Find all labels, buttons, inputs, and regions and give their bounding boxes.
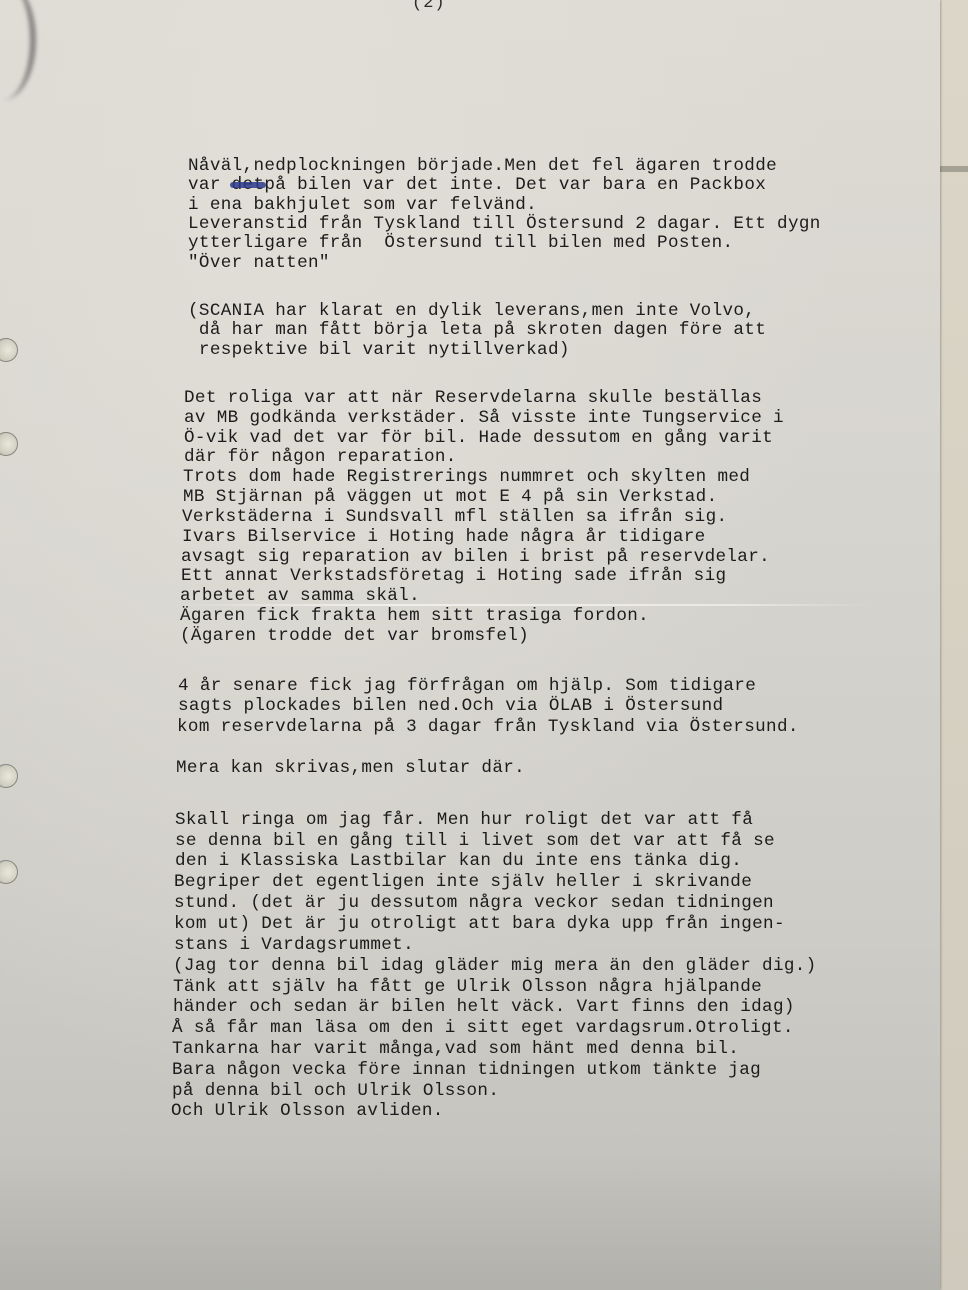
- page-shadow: [0, 1150, 940, 1290]
- text-line: stans i Vardagsrummet.: [174, 935, 414, 955]
- text-line: sagts plockades bilen ned.Och via ÖLAB i…: [178, 696, 723, 716]
- text-line: ytterligare från Östersund till bilen me…: [188, 233, 733, 253]
- text-line: MB Stjärnan på väggen ut mot E 4 på sin …: [183, 487, 718, 507]
- text-line: Ett annat Verkstadsföretag i Hoting sade…: [181, 566, 726, 586]
- text-line: var detpå bilen var det inte. Det var ba…: [188, 175, 766, 195]
- text-line: Det roliga var att när Reservdelarna sku…: [184, 388, 762, 408]
- text-line: stund. (det är ju dessutom några veckor …: [174, 893, 774, 913]
- text-line: Mera kan skrivas,men slutar där.: [176, 758, 525, 778]
- text-line: då har man fått börja leta på skroten da…: [188, 320, 766, 340]
- text-line: 4 år senare fick jag förfrågan om hjälp.…: [178, 676, 756, 696]
- typed-letter-page: (2) Nåväl,nedplockningen började.Men det…: [0, 0, 940, 1290]
- text-line: arbetet av samma skäl.: [180, 586, 420, 606]
- text-line: på denna bil och Ulrik Olsson.: [172, 1081, 499, 1101]
- text-line: Nåväl,nedplockningen började.Men det fel…: [188, 156, 777, 176]
- text-line: av MB godkända verkstäder. Så visste int…: [184, 408, 784, 428]
- text-line: Tankarna har varit många,vad som hänt me…: [172, 1039, 739, 1059]
- text-line: Ägaren fick frakta hem sitt trasiga ford…: [180, 606, 649, 626]
- text-line: Ivars Bilservice i Hoting hade några år …: [182, 527, 706, 547]
- page-curl-shadow: [0, 0, 36, 100]
- text-line: den i Klassiska Lastbilar kan du inte en…: [175, 851, 742, 871]
- text-line: händer och sedan är bilen helt väck. Var…: [173, 997, 795, 1017]
- text-line: Bara någon vecka före innan tidningen ut…: [172, 1060, 761, 1080]
- punch-hole: [0, 764, 18, 788]
- text-line: (SCANIA har klarat en dylik leverans,men…: [188, 301, 755, 321]
- text-line: Trots dom hade Registrerings nummret och…: [183, 467, 750, 487]
- text-line: i ena bakhjulet som var felvänd.: [188, 195, 537, 215]
- text-line: Begriper det egentligen inte själv helle…: [174, 872, 752, 892]
- struck-out-word: det: [232, 175, 265, 195]
- text-line: Å så får man läsa om den i sitt eget var…: [172, 1018, 794, 1038]
- text-segment: på bilen var det inte. Det var bara en P…: [264, 175, 766, 195]
- text-line: kom reservdelarna på 3 dagar från Tyskla…: [177, 717, 799, 737]
- page-number: (2): [412, 0, 446, 13]
- text-line: respektive bil varit nytillverkad): [188, 340, 570, 360]
- text-line: se denna bil en gång till i livet som de…: [175, 831, 775, 851]
- text-line: kom ut) Det är ju otroligt att bara dyka…: [174, 914, 785, 934]
- punch-hole: [0, 338, 18, 362]
- punch-hole: [0, 860, 18, 884]
- background-sheet-edge: [936, 166, 968, 172]
- text-line: Skall ringa om jag får. Men hur roligt d…: [175, 810, 753, 830]
- text-line: Leveranstid från Tyskland till Östersund…: [188, 214, 821, 234]
- text-line: avsagt sig reparation av bilen i brist p…: [181, 547, 770, 567]
- text-segment: var: [188, 175, 232, 195]
- text-line: (Ägaren trodde det var bromsfel): [180, 626, 529, 646]
- text-line: (Jag tor denna bil idag gläder mig mera …: [173, 956, 817, 976]
- text-line: Verkstäderna i Sundsvall mfl ställen sa …: [182, 507, 727, 527]
- punch-hole: [0, 432, 18, 456]
- text-line: där för någon reparation.: [184, 447, 457, 467]
- text-line: Tänk att själv ha fått ge Ulrik Olsson n…: [173, 977, 762, 997]
- text-line: Ö-vik vad det var för bil. Hade dessutom…: [184, 428, 773, 448]
- text-line: Och Ulrik Olsson avliden.: [171, 1101, 444, 1121]
- text-line: "Över natten": [188, 253, 330, 273]
